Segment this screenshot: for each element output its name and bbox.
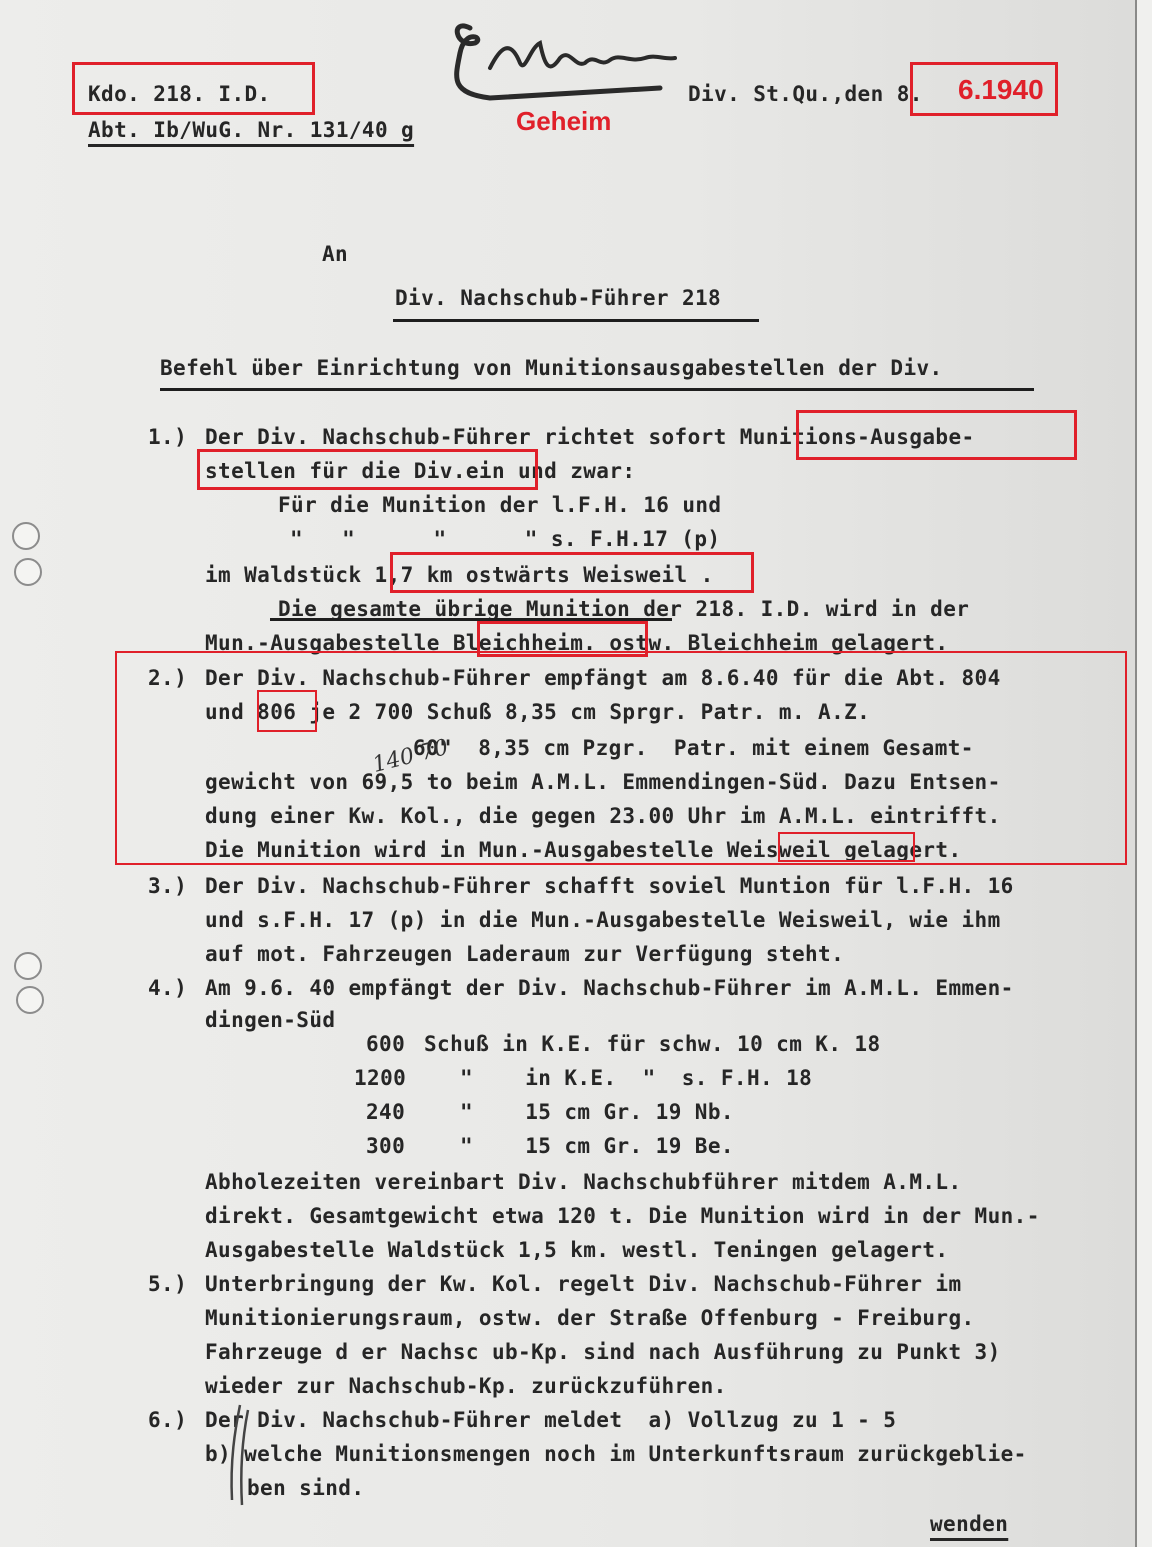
item-number: 6.) [148,1408,187,1432]
table-qty: 240 [366,1100,405,1124]
item-line: Fahrzeuge d er Nachsc ub-Kp. sind nach A… [205,1340,1001,1364]
table-qty: 600 [366,1032,405,1056]
table-desc: Schuß in K.E. für schw. 10 cm K. 18 [424,1032,881,1056]
place-date: Div. St.Qu.,den 8. [688,82,923,106]
item-line: Munitionierungsraum, ostw. der Straße Of… [205,1306,975,1330]
punch-hole [14,952,42,980]
item-line: Ausgabestelle Waldstück 1,5 km. westl. T… [205,1238,948,1262]
subject-underline [160,388,1034,391]
item-number: 2.) [148,666,187,690]
page-margin-strip [1137,0,1152,1547]
classification-annotation: Geheim [516,106,611,137]
highlight-box-command [72,62,315,115]
table-desc: " 15 cm Gr. 19 Nb. [460,1100,734,1124]
item-line: auf mot. Fahrzeugen Laderaum zur Verfügu… [205,942,844,966]
item-line: Unterbringung der Kw. Kol. regelt Div. N… [205,1272,962,1296]
highlight-box-weisweil-distance [390,552,754,593]
table-desc: " in K.E. " s. F.H. 18 [460,1066,812,1090]
item-line: dingen-Süd [205,1008,335,1032]
item-line: 60" 8,35 cm Pzgr. Patr. mit einem Gesamt… [413,736,974,760]
item-line: Für die Munition der l.F.H. 16 und [278,493,721,517]
highlight-box-weisweil [778,832,915,862]
highlight-box-date [910,62,1058,116]
table-qty: 1200 [354,1066,406,1090]
table-desc: " 15 cm Gr. 19 Be. [460,1134,734,1158]
item-line: Am 9.6. 40 empfängt der Div. Nachschub-F… [205,976,1014,1000]
to-label: An [322,242,348,266]
turn-over-note: wenden [930,1512,1008,1536]
item-number: 4.) [148,976,187,1000]
punch-hole [16,986,44,1014]
item-number: 5.) [148,1272,187,1296]
punch-hole [14,558,42,586]
item-line: direkt. Gesamtgewicht etwa 120 t. Die Mu… [205,1204,1040,1228]
recipient-underline [393,319,759,322]
item-line: Der Div. Nachschub-Führer empfängt am 8.… [205,666,1001,690]
item-line: dung einer Kw. Kol., die gegen 23.00 Uhr… [205,804,1001,828]
item-line: und s.F.H. 17 (p) in die Mun.-Ausgabeste… [205,908,1001,932]
highlight-box-ausgabe [796,410,1077,460]
highlight-box-stellen [197,449,538,490]
subject-line: Befehl über Einrichtung von Munitionsaus… [160,356,943,380]
item-line: Der Div. Nachschub-Führer schafft soviel… [205,874,1014,898]
handwritten-signature [430,8,690,108]
handwritten-mark [210,1400,260,1510]
item-number: 3.) [148,874,187,898]
reference-number: Abt. Ib/WuG. Nr. 131/40 g [88,118,414,142]
item-line: " " " " s. F.H.17 (p) [290,527,720,551]
item-line: Der Div. Nachschub-Führer meldet a) Voll… [205,1408,896,1432]
highlight-box-806 [257,690,317,732]
table-qty: 300 [366,1134,405,1158]
item-line: gewicht von 69,5 to beim A.M.L. Emmendin… [205,770,1001,794]
item-line: Abholezeiten vereinbart Div. Nachschubfü… [205,1170,962,1194]
item-line: ben sind. [247,1476,364,1500]
item-line: wieder zur Nachschub-Kp. zurückzuführen. [205,1374,727,1398]
item-line: b) welche Munitionsmengen noch im Unterk… [205,1442,1027,1466]
punch-hole [12,522,40,550]
recipient-name: Div. Nachschub-Führer 218 [395,286,721,310]
item-number: 1.) [148,425,187,449]
